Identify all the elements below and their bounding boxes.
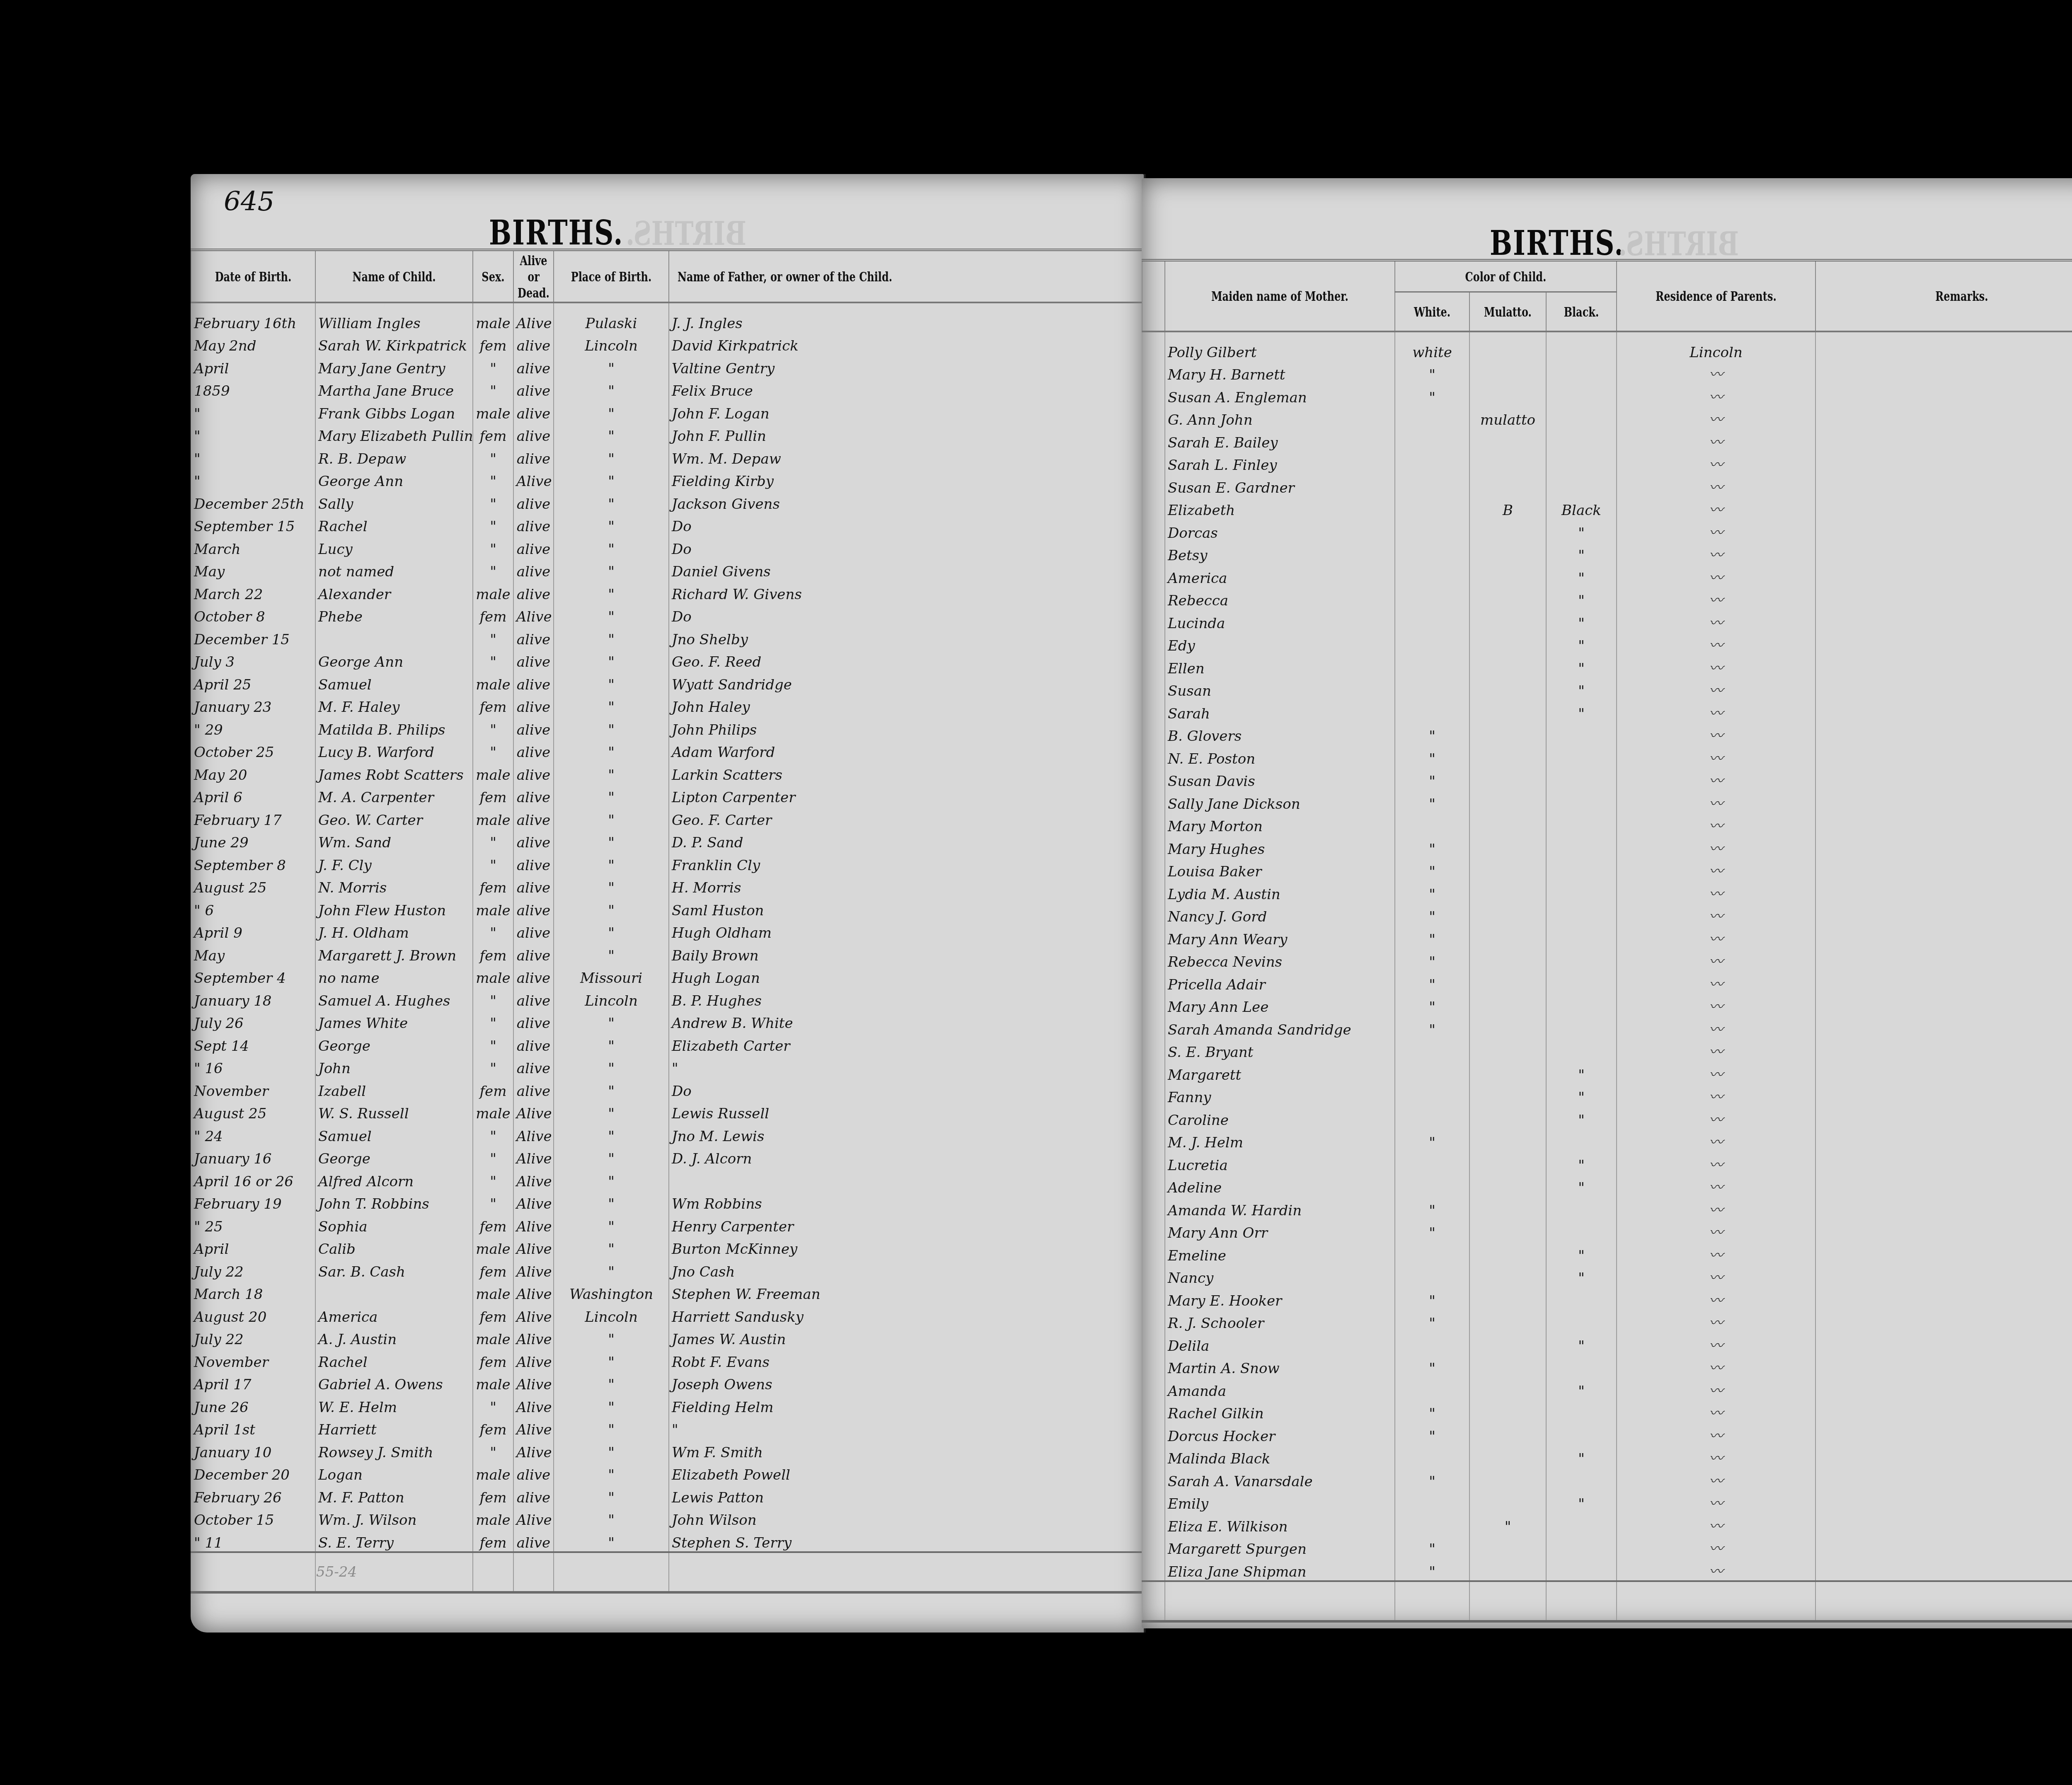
color-mulatto [1469,1422,1546,1445]
alive-status: alive [513,987,554,1009]
residence: 〰 [1617,925,1815,948]
residence: 〰 [1617,699,1815,722]
alive-status: Alive [513,1212,554,1235]
color-mulatto [1469,1535,1546,1558]
table-row: "Frank Gibbs Loganmalealive"John F. Loga… [191,399,1144,422]
child-name: A. J. Austin [315,1325,473,1348]
color-white: " [1395,835,1469,858]
father-name: Burton McKinney [669,1235,1144,1258]
birth-place: " [554,784,669,806]
alive-status: Alive [513,1190,554,1213]
table-row: Eliza E. Wilkison"〰 [1142,1512,2072,1535]
alive-status: Alive [513,1280,554,1303]
color-mulatto [1469,1445,1546,1468]
remarks [1815,1467,2072,1490]
mother-maiden-name: Emeline [1165,1241,1395,1264]
residence: 〰 [1617,428,1815,451]
remarks [1815,925,2072,948]
remarks [1815,1377,2072,1400]
sex: fem [473,874,513,897]
sex: male [473,1371,513,1393]
color-black: Black [1546,496,1617,519]
alive-status: alive [513,806,554,829]
father-name: Andrew B. White [669,1009,1144,1032]
color-white [1395,1151,1469,1174]
color-white: " [1395,880,1469,903]
sex: male [473,670,513,693]
mother-maiden-name: Sarah L. Finley [1165,451,1395,474]
right-ledger-page: BIRTHS. BIRTHS. Maiden name of Mother. C… [1142,178,2072,1628]
color-mulatto [1469,1196,1546,1219]
color-mulatto [1469,1377,1546,1400]
father-name: Lipton Carpenter [669,784,1144,806]
sex: fem [473,332,513,355]
residence: 〰 [1617,542,1815,564]
alive-status: alive [513,580,554,603]
birth-place: " [554,513,669,535]
remarks [1815,1558,2072,1581]
father-name: Joseph Owens [669,1371,1144,1393]
alive-status: Alive [513,1438,554,1461]
alive-status: alive [513,670,554,693]
mother-maiden-name: R. J. Schooler [1165,1309,1395,1332]
residence: 〰 [1617,722,1815,745]
sex: male [473,302,513,332]
table-row: December 15"alive"Jno Shelby [191,625,1144,648]
residence: 〰 [1617,1467,1815,1490]
color-black [1546,858,1617,880]
sex: " [473,1145,513,1168]
color-mulatto [1469,632,1546,655]
father-name: H. Morris [669,874,1144,897]
color-white: " [1395,745,1469,767]
birth-date: " 6 [191,896,315,919]
table-row: AprilCalibmaleAlive"Burton McKinney [191,1235,1144,1258]
color-mulatto [1469,699,1546,722]
birth-date: " 24 [191,1122,315,1145]
table-row: April 1stHarriettfemAlive"" [191,1416,1144,1439]
remarks [1815,1445,2072,1468]
birth-place: " [554,1212,669,1235]
sex: " [473,1009,513,1032]
color-white [1395,699,1469,722]
color-black: " [1546,677,1617,700]
color-white [1395,496,1469,519]
column-header-alive-or-dead: Alive or Dead. [513,250,554,302]
color-black: " [1546,1151,1617,1174]
father-name: Wm. M. Depaw [669,445,1144,467]
child-name: Frank Gibbs Logan [315,399,473,422]
birth-date: " [191,399,315,422]
table-row: Sarah Amanda Sandridge"〰 [1142,1016,2072,1038]
table-row: MayMargarett J. Brownfemalive"Baily Brow… [191,941,1144,964]
mother-maiden-name: Mary Ann Orr [1165,1219,1395,1242]
table-row: "George Ann"Alive"Fielding Kirby [191,467,1144,490]
color-mulatto [1469,1106,1546,1129]
footer-tally-note: 55-24 [315,1552,473,1592]
table-row: Malinda Black"〰 [1142,1445,2072,1468]
table-row: Mary Hughes"〰 [1142,835,2072,858]
alive-status: alive [513,738,554,761]
birth-date: July 22 [191,1325,315,1348]
alive-status: alive [513,919,554,942]
remarks [1815,609,2072,632]
color-white [1395,1377,1469,1400]
color-mulatto [1469,1490,1546,1513]
child-name: Mary Elizabeth Pullin [315,422,473,445]
color-black [1546,1354,1617,1377]
child-name: J. H. Oldham [315,919,473,942]
father-name: John Philips [669,716,1144,738]
color-black: " [1546,1445,1617,1468]
color-black: " [1546,564,1617,587]
color-mulatto: B [1469,496,1546,519]
color-white [1395,1332,1469,1354]
subheader-mulatto: Mulatto. [1469,292,1546,332]
births-table-right: Maiden name of Mother. Color of Child. R… [1142,259,2072,1623]
bleed-through-title: BIRTHS. [626,215,746,253]
color-white [1395,1512,1469,1535]
color-mulatto [1469,1219,1546,1242]
remarks [1815,496,2072,519]
table-row: April 17Gabriel A. OwensmaleAlive"Joseph… [191,1371,1144,1393]
birth-place: " [554,1258,669,1280]
alive-status: Alive [513,1145,554,1168]
birth-date: July 3 [191,648,315,671]
residence: 〰 [1617,654,1815,677]
mother-maiden-name: Sarah Amanda Sandridge [1165,1016,1395,1038]
child-name: Phebe [315,603,473,626]
mother-maiden-name: Susan A. Engleman [1165,383,1395,406]
residence: 〰 [1617,1377,1815,1400]
table-row: Mary Morton〰 [1142,813,2072,835]
birth-place: " [554,1325,669,1348]
table-row: " 29Matilda B. Philips"alive"John Philip… [191,716,1144,738]
remarks [1815,632,2072,655]
table-row: NovemberIzabellfemalive"Do [191,1077,1144,1100]
birth-place: Pulaski [554,302,669,332]
residence: 〰 [1617,1332,1815,1354]
color-white [1395,654,1469,677]
mother-maiden-name: Eliza Jane Shipman [1165,1558,1395,1581]
table-row: M. J. Helm"〰 [1142,1129,2072,1151]
birth-place: " [554,670,669,693]
birth-place: Lincoln [554,332,669,355]
mother-maiden-name: Elizabeth [1165,496,1395,519]
color-black: " [1546,519,1617,542]
child-name: W. E. Helm [315,1393,473,1416]
table-row: December 20Loganmalealive"Elizabeth Powe… [191,1461,1144,1484]
color-white: " [1395,970,1469,993]
mother-maiden-name: Margarett Spurgen [1165,1535,1395,1558]
table-row: Sarah E. Bailey〰 [1142,428,2072,451]
mother-maiden-name: Lucinda [1165,609,1395,632]
mother-maiden-name: Rebecca Nevins [1165,948,1395,971]
father-name: Jno Cash [669,1258,1144,1280]
sex: male [473,1325,513,1348]
residence: 〰 [1617,1400,1815,1422]
color-black: " [1546,1106,1617,1129]
mother-maiden-name: Sally Jane Dickson [1165,790,1395,813]
alive-status: Alive [513,1100,554,1122]
page-title-right: BIRTHS. [1490,223,1624,264]
sex: male [473,964,513,987]
mother-maiden-name: B. Glovers [1165,722,1395,745]
birth-place: " [554,445,669,467]
birth-place: Lincoln [554,987,669,1009]
mother-maiden-name: G. Ann John [1165,406,1395,429]
father-name: Geo. F. Carter [669,806,1144,829]
color-black [1546,970,1617,993]
residence: 〰 [1617,564,1815,587]
table-row: Dorcas"〰 [1142,519,2072,542]
table-row: " 16John"alive"" [191,1055,1144,1077]
remarks [1815,903,2072,926]
table-row: October 8PhebefemAlive"Do [191,603,1144,626]
child-name: M. F. Haley [315,693,473,716]
child-name: W. S. Russell [315,1100,473,1122]
color-white [1395,474,1469,496]
alive-status: Alive [513,1506,554,1529]
mother-maiden-name: Mary Hughes [1165,835,1395,858]
birth-date: July 26 [191,1009,315,1032]
remarks [1815,519,2072,542]
table-row: R. J. Schooler"〰 [1142,1309,2072,1332]
remarks [1815,587,2072,610]
birth-date: October 8 [191,603,315,626]
mother-maiden-name: Betsy [1165,542,1395,564]
birth-place: Missouri [554,964,669,987]
mother-maiden-name: Amanda W. Hardin [1165,1196,1395,1219]
mother-maiden-name: Mary Ann Lee [1165,993,1395,1016]
residence: 〰 [1617,858,1815,880]
remarks [1815,654,2072,677]
remarks [1815,406,2072,429]
table-row: S. E. Bryant〰 [1142,1038,2072,1061]
color-white [1395,451,1469,474]
residence: 〰 [1617,948,1815,971]
birth-place: " [554,1416,669,1439]
table-row: June 29Wm. Sand"alive"D. P. Sand [191,829,1144,851]
birth-place: " [554,1438,669,1461]
color-white [1395,813,1469,835]
remarks [1815,428,2072,451]
table-row: August 25N. Morrisfemalive"H. Morris [191,874,1144,897]
birth-date: " [191,422,315,445]
child-name: Samuel [315,670,473,693]
table-row: Emeline"〰 [1142,1241,2072,1264]
mother-maiden-name: Dorcas [1165,519,1395,542]
color-white: " [1395,767,1469,790]
color-mulatto [1469,835,1546,858]
father-name: Lewis Russell [669,1100,1144,1122]
birth-date: February 16th [191,302,315,332]
color-mulatto [1469,993,1546,1016]
child-name: M. A. Carpenter [315,784,473,806]
color-mulatto [1469,1016,1546,1038]
color-mulatto [1469,451,1546,474]
color-black [1546,383,1617,406]
alive-status: alive [513,874,554,897]
alive-status: alive [513,716,554,738]
table-row: Polly GilbertwhiteLincoln [1142,331,2072,361]
residence: 〰 [1617,1241,1815,1264]
child-name: not named [315,558,473,580]
color-mulatto [1469,1287,1546,1309]
color-mulatto [1469,519,1546,542]
alive-status: alive [513,1529,554,1552]
color-mulatto: " [1469,1512,1546,1535]
residence: 〰 [1617,383,1815,406]
color-white [1395,609,1469,632]
alive-status: alive [513,625,554,648]
color-mulatto [1469,813,1546,835]
sex: " [473,1167,513,1190]
alive-status: Alive [513,1122,554,1145]
remarks [1815,1016,2072,1038]
table-row: B. Glovers"〰 [1142,722,2072,745]
color-mulatto [1469,1467,1546,1490]
birth-place: " [554,377,669,400]
remarks [1815,542,2072,564]
sex: " [473,1122,513,1145]
table-row: Betsy"〰 [1142,542,2072,564]
remarks [1815,745,2072,767]
child-name: John [315,1055,473,1077]
remarks [1815,1354,2072,1377]
remarks [1815,1490,2072,1513]
child-name: Wm. J. Wilson [315,1506,473,1529]
child-name: America [315,1303,473,1325]
residence: 〰 [1617,677,1815,700]
color-black: " [1546,1490,1617,1513]
table-row: Nancy J. Gord"〰 [1142,903,2072,926]
child-name: N. Morris [315,874,473,897]
sex: fem [473,1212,513,1235]
mother-maiden-name: Dorcus Hocker [1165,1422,1395,1445]
sex: " [473,1438,513,1461]
sex: fem [473,1416,513,1439]
residence: 〰 [1617,451,1815,474]
father-name: Do [669,1077,1144,1100]
alive-status: Alive [513,1167,554,1190]
remarks [1815,948,2072,971]
sex: " [473,558,513,580]
color-white [1395,428,1469,451]
father-name: Do [669,513,1144,535]
mother-maiden-name: Rachel Gilkin [1165,1400,1395,1422]
remarks [1815,331,2072,361]
alive-status: alive [513,648,554,671]
table-row: Pricella Adair"〰 [1142,970,2072,993]
color-white [1395,1084,1469,1106]
sex: fem [473,422,513,445]
table-row: Delila"〰 [1142,1332,2072,1354]
residence: 〰 [1617,813,1815,835]
birth-place: " [554,558,669,580]
birth-place: " [554,535,669,558]
birth-place: " [554,716,669,738]
father-name: James W. Austin [669,1325,1144,1348]
table-row: January 23M. F. Haleyfemalive"John Haley [191,693,1144,716]
father-name: Fielding Helm [669,1393,1144,1416]
alive-status: Alive [513,1235,554,1258]
column-header-father-name: Name of Father, or owner of the Child. [669,250,1144,302]
table-row: August 25W. S. RussellmaleAlive"Lewis Ru… [191,1100,1144,1122]
table-row: September 4no namemalealiveMissouriHugh … [191,964,1144,987]
father-name: Jno Shelby [669,625,1144,648]
residence: 〰 [1617,993,1815,1016]
color-black [1546,835,1617,858]
table-row: Sally Jane Dickson"〰 [1142,790,2072,813]
table-row: August 20AmericafemAliveLincolnHarriett … [191,1303,1144,1325]
child-name: Geo. W. Carter [315,806,473,829]
birth-date: August 25 [191,874,315,897]
alive-status: Alive [513,302,554,332]
color-black [1546,1219,1617,1242]
sex: male [473,399,513,422]
residence: 〰 [1617,835,1815,858]
birth-date: April [191,354,315,377]
remarks [1815,1061,2072,1084]
father-name: Franklin Cly [669,851,1144,874]
table-row: Rebecca"〰 [1142,587,2072,610]
alive-status: alive [513,941,554,964]
birth-place: " [554,1190,669,1213]
mother-maiden-name: Louisa Baker [1165,858,1395,880]
birth-date: May [191,558,315,580]
sex: " [473,1190,513,1213]
sex: " [473,648,513,671]
sex: " [473,1393,513,1416]
residence: 〰 [1617,1038,1815,1061]
birth-date: " 11 [191,1529,315,1552]
color-black: " [1546,1332,1617,1354]
sex: male [473,1235,513,1258]
residence: 〰 [1617,1445,1815,1468]
color-white: " [1395,722,1469,745]
color-white: " [1395,1354,1469,1377]
table-row: Lucretia"〰 [1142,1151,2072,1174]
table-row: MarchLucy"alive"Do [191,535,1144,558]
birth-date: April 25 [191,670,315,693]
sex: male [473,1461,513,1484]
color-mulatto [1469,970,1546,993]
remarks [1815,767,2072,790]
father-name: Wm F. Smith [669,1438,1144,1461]
mother-maiden-name: Delila [1165,1332,1395,1354]
mother-maiden-name: N. E. Poston [1165,745,1395,767]
father-name: " [669,1055,1144,1077]
alive-status: alive [513,851,554,874]
mother-maiden-name: Sarah A. Vanarsdale [1165,1467,1395,1490]
father-name: Hugh Oldham [669,919,1144,942]
color-white: " [1395,948,1469,971]
residence: 〰 [1617,519,1815,542]
mother-maiden-name: Sarah [1165,699,1395,722]
table-row: April 6M. A. Carpenterfemalive"Lipton Ca… [191,784,1144,806]
alive-status: Alive [513,1371,554,1393]
color-black: " [1546,1061,1617,1084]
birth-place: " [554,1009,669,1032]
residence: 〰 [1617,1422,1815,1445]
father-name: Harriett Sandusky [669,1303,1144,1325]
table-row: February 26M. F. Pattonfemalive"Lewis Pa… [191,1483,1144,1506]
mother-maiden-name: Ellen [1165,654,1395,677]
color-white [1395,1061,1469,1084]
birth-date: April [191,1235,315,1258]
column-header-residence: Residence of Parents. [1617,260,1815,331]
